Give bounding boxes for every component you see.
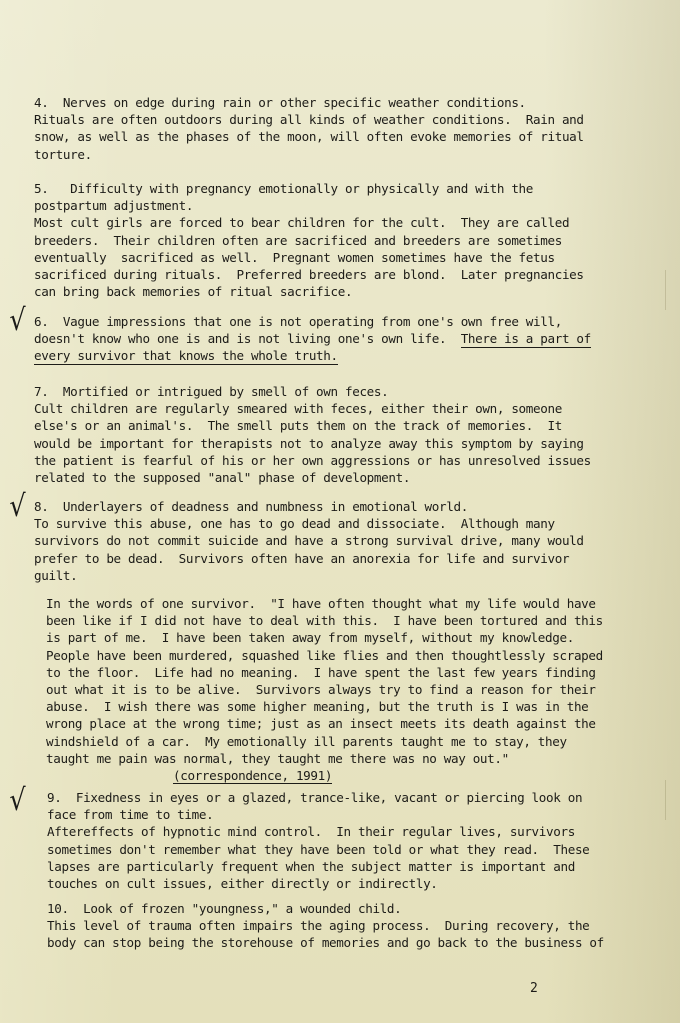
item-6-line: 6. Vague impressions that one is not ope… bbox=[34, 313, 646, 330]
quote-line: windshield of a car. My emotionally ill … bbox=[46, 733, 646, 750]
list-item-7: 7. Mortified or intrigued by smell of ow… bbox=[34, 383, 646, 486]
quote-line: out what it is to be alive. Survivors al… bbox=[46, 681, 646, 698]
item-4-line: torture. bbox=[34, 146, 646, 163]
item-5-line: sacrificed during rituals. Preferred bre… bbox=[34, 266, 646, 283]
item-7-line: Cult children are regularly smeared with… bbox=[34, 400, 646, 417]
list-item-10: 10. Look of frozen "youngness," a wounde… bbox=[47, 900, 647, 952]
item-7-line: 7. Mortified or intrigued by smell of ow… bbox=[34, 383, 646, 400]
list-item-5: 5. Difficulty with pregnancy emotionally… bbox=[34, 180, 646, 300]
quote-line: to the floor. Life had no meaning. I hav… bbox=[46, 664, 646, 681]
item-8-line: survivors do not commit suicide and have… bbox=[34, 532, 646, 549]
item-9-line: face from time to time. bbox=[47, 806, 647, 823]
quote-line: In the words of one survivor. "I have of… bbox=[46, 595, 646, 612]
item-4-line: 4. Nerves on edge during rain or other s… bbox=[34, 94, 646, 111]
item-4-line: snow, as well as the phases of the moon,… bbox=[34, 128, 646, 145]
paper-crease bbox=[665, 780, 666, 820]
item-5-line: can bring back memories of ritual sacrif… bbox=[34, 283, 646, 300]
paper-crease bbox=[665, 270, 666, 310]
item-8-line: guilt. bbox=[34, 567, 646, 584]
list-item-9: 9. Fixedness in eyes or a glazed, trance… bbox=[47, 789, 647, 892]
item-9-line: lapses are particularly frequent when th… bbox=[47, 858, 647, 875]
item-7-line: the patient is fearful of his or her own… bbox=[34, 452, 646, 469]
item-7-line: else's or an animal's. The smell puts th… bbox=[34, 417, 646, 434]
list-item-8: 8. Underlayers of deadness and numbness … bbox=[34, 498, 646, 584]
item-9-line: Aftereffects of hypnotic mind control. I… bbox=[47, 823, 647, 840]
item-6-line: doesn't know who one is and is not livin… bbox=[34, 330, 646, 347]
item-6-text: doesn't know who one is and is not livin… bbox=[34, 331, 461, 346]
quote-line: abuse. I wish there was some higher mean… bbox=[46, 698, 646, 715]
list-item-6: 6. Vague impressions that one is not ope… bbox=[34, 313, 646, 365]
item-10-line: This level of trauma often impairs the a… bbox=[47, 917, 647, 934]
item-10-line: 10. Look of frozen "youngness," a wounde… bbox=[47, 900, 647, 917]
item-5-line: Most cult girls are forced to bear child… bbox=[34, 214, 646, 231]
item-10-line: body can stop being the storehouse of me… bbox=[47, 934, 647, 951]
underlined-text: every survivor that knows the whole trut… bbox=[34, 348, 338, 365]
item-4-line: Rituals are often outdoors during all ki… bbox=[34, 111, 646, 128]
quote-line: People have been murdered, squashed like… bbox=[46, 647, 646, 664]
page-number: 2 bbox=[530, 981, 538, 996]
item-5-line: breeders. Their children often are sacri… bbox=[34, 232, 646, 249]
quote-line: wrong place at the wrong time; just as a… bbox=[46, 715, 646, 732]
list-item-4: 4. Nerves on edge during rain or other s… bbox=[34, 94, 646, 163]
check-mark-icon: √ bbox=[9, 492, 25, 522]
quote-line: been like if I did not have to deal with… bbox=[46, 612, 646, 629]
item-5-line: eventually sacrificed as well. Pregnant … bbox=[34, 249, 646, 266]
item-7-line: would be important for therapists not to… bbox=[34, 435, 646, 452]
citation: (correspondence, 1991) bbox=[46, 767, 646, 784]
item-5-line: postpartum adjustment. bbox=[34, 197, 646, 214]
item-9-line: 9. Fixedness in eyes or a glazed, trance… bbox=[47, 789, 647, 806]
survivor-quote: In the words of one survivor. "I have of… bbox=[46, 595, 646, 784]
item-9-line: touches on cult issues, either directly … bbox=[47, 875, 647, 892]
citation-text: (correspondence, 1991) bbox=[173, 768, 332, 784]
item-8-line: To survive this abuse, one has to go dea… bbox=[34, 515, 646, 532]
check-mark-icon: √ bbox=[9, 786, 25, 816]
underlined-text: There is a part of bbox=[461, 331, 591, 348]
check-mark-icon: √ bbox=[9, 306, 25, 336]
quote-line: taught me pain was normal, they taught m… bbox=[46, 750, 646, 767]
item-8-line: prefer to be dead. Survivors often have … bbox=[34, 550, 646, 567]
quote-line: is part of me. I have been taken away fr… bbox=[46, 629, 646, 646]
item-7-line: related to the supposed "anal" phase of … bbox=[34, 469, 646, 486]
item-6-line: every survivor that knows the whole trut… bbox=[34, 347, 646, 364]
item-8-line: 8. Underlayers of deadness and numbness … bbox=[34, 498, 646, 515]
item-5-line: 5. Difficulty with pregnancy emotionally… bbox=[34, 180, 646, 197]
item-9-line: sometimes don't remember what they have … bbox=[47, 841, 647, 858]
